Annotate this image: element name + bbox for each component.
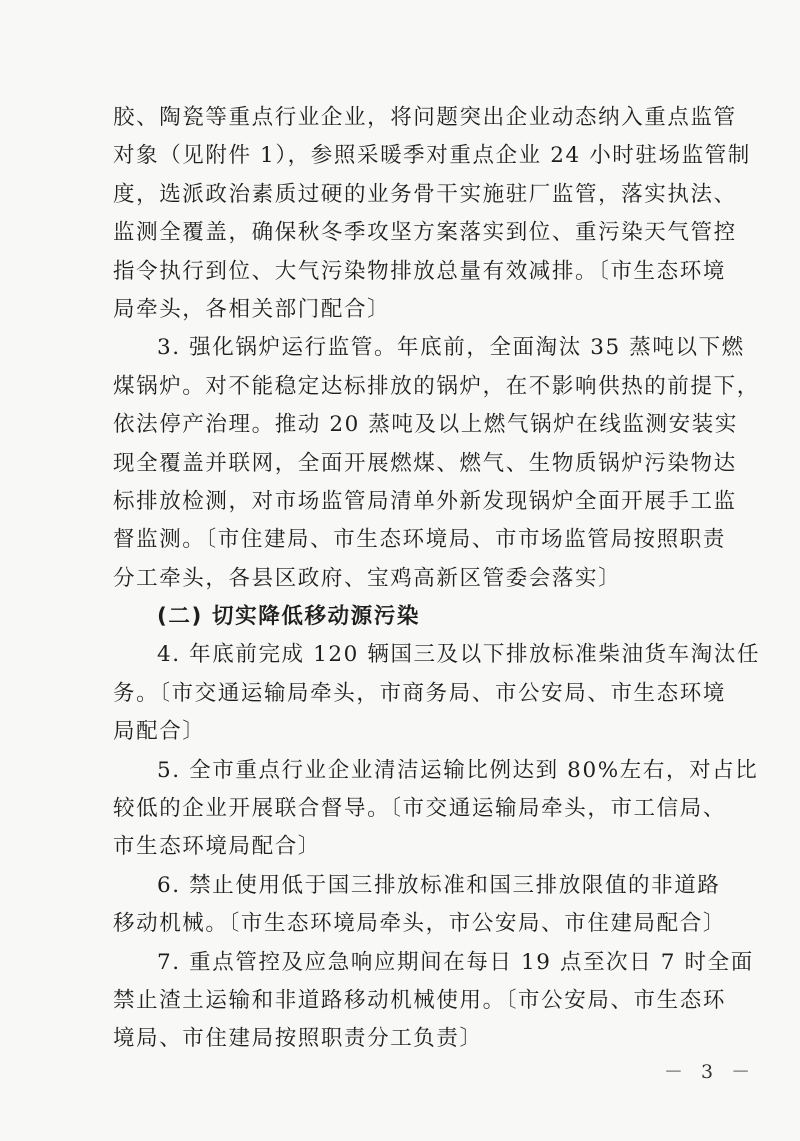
paragraph-line: 胶、陶瓷等重点行业企业，将问题突出企业动态纳入重点监管 <box>113 99 713 137</box>
paragraph-line: 境局、市住建局按照职责分工负责〕 <box>113 1020 713 1058</box>
paragraph-line: 标排放检测，对市场监管局清单外新发现锅炉全面开展手工监 <box>113 483 713 521</box>
item-3-first-line: 3. 强化锅炉运行监管。年底前，全面淘汰 35 蒸吨以下燃 <box>113 329 713 367</box>
item-4-first-line: 4. 年底前完成 120 辆国三及以下排放标准柴油货车淘汰任 <box>113 636 713 674</box>
paragraph-line: 煤锅炉。对不能稳定达标排放的锅炉，在不影响供热的前提下， <box>113 368 713 406</box>
paragraph-line: 现全覆盖并联网，全面开展燃煤、燃气、生物质锅炉污染物达 <box>113 445 713 483</box>
paragraph-line: 监测全覆盖，确保秋冬季攻坚方案落实到位、重污染天气管控 <box>113 214 713 252</box>
paragraph-line: 禁止渣土运输和非道路移动机械使用。〔市公安局、市生态环 <box>113 982 713 1020</box>
paragraph-line: 分工牵头，各县区政府、宝鸡高新区管委会落实〕 <box>113 560 713 598</box>
page-number: － 3 － <box>664 1057 756 1084</box>
item-7-first-line: 7. 重点管控及应急响应期间在每日 19 点至次日 7 时全面 <box>113 944 713 982</box>
document-page: 胶、陶瓷等重点行业企业，将问题突出企业动态纳入重点监管 对象（见附件 1），参照… <box>0 0 800 1141</box>
paragraph-line: 依法停产治理。推动 20 蒸吨及以上燃气锅炉在线监测安装实 <box>113 406 713 444</box>
paragraph-line: 督监测。〔市住建局、市生态环境局、市市场监管局按照职责 <box>113 521 713 559</box>
item-6-first-line: 6. 禁止使用低于国三排放标准和国三排放限值的非道路 <box>113 867 713 905</box>
paragraph-line: 较低的企业开展联合督导。〔市交通运输局牵头，市工信局、 <box>113 790 713 828</box>
document-body: 胶、陶瓷等重点行业企业，将问题突出企业动态纳入重点监管 对象（见附件 1），参照… <box>113 99 713 1059</box>
paragraph-line: 移动机械。〔市生态环境局牵头，市公安局、市住建局配合〕 <box>113 905 713 943</box>
paragraph-line: 务。〔市交通运输局牵头，市商务局、市公安局、市生态环境 <box>113 675 713 713</box>
paragraph-line: 局配合〕 <box>113 713 713 751</box>
paragraph-line: 度，选派政治素质过硬的业务骨干实施驻厂监管，落实执法、 <box>113 176 713 214</box>
item-5-first-line: 5. 全市重点行业企业清洁运输比例达到 80%左右，对占比 <box>113 752 713 790</box>
paragraph-line: 指令执行到位、大气污染物排放总量有效减排。〔市生态环境 <box>113 253 713 291</box>
section-heading: (二) 切实降低移动源污染 <box>113 598 713 636</box>
paragraph-line: 局牵头，各相关部门配合〕 <box>113 291 713 329</box>
paragraph-line: 对象（见附件 1），参照采暖季对重点企业 24 小时驻场监管制 <box>113 137 713 175</box>
paragraph-line: 市生态环境局配合〕 <box>113 828 713 866</box>
